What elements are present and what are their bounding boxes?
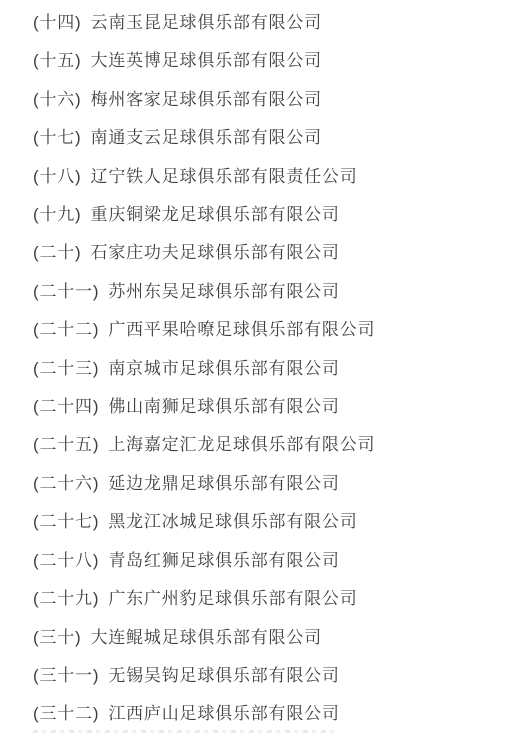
club-name: 南京城市足球俱乐部有限公司 [108, 350, 339, 388]
item-number-label: (十五) [33, 42, 82, 80]
item-number-label: (二十九) [33, 580, 99, 618]
item-number-label: (二十八) [33, 542, 99, 580]
club-name: 黑龙江冰城足球俱乐部有限公司 [108, 503, 357, 541]
item-number-label: (二十七) [33, 503, 99, 541]
item-number-label: (二十) [33, 234, 82, 272]
club-name: 青岛红狮足球俱乐部有限公司 [108, 542, 339, 580]
item-number-label: (二十五) [33, 426, 99, 464]
item-number-label: (二十一) [33, 273, 99, 311]
club-name: 苏州东吴足球俱乐部有限公司 [108, 273, 339, 311]
item-number-label: (十九) [33, 196, 82, 234]
list-item: (二十六)延边龙鼎足球俱乐部有限公司 [33, 465, 499, 503]
club-name: 广东广州豹足球俱乐部有限公司 [108, 580, 357, 618]
list-item: (二十九)广东广州豹足球俱乐部有限公司 [33, 580, 499, 618]
club-name: 辽宁铁人足球俱乐部有限责任公司 [91, 158, 358, 196]
club-name: 梅州客家足球俱乐部有限公司 [91, 81, 322, 119]
club-name: 无锡吴钩足球俱乐部有限公司 [108, 657, 339, 695]
item-number-label: (十八) [33, 158, 82, 196]
list-item: (二十)石家庄功夫足球俱乐部有限公司 [33, 234, 499, 272]
item-number-label: (二十三) [33, 350, 99, 388]
item-number-label: (二十六) [33, 465, 99, 503]
club-name: 延边龙鼎足球俱乐部有限公司 [108, 465, 339, 503]
item-number-label: (二十四) [33, 388, 99, 426]
list-item: (二十四)佛山南狮足球俱乐部有限公司 [33, 388, 499, 426]
item-number-label: (十六) [33, 81, 82, 119]
club-name: 重庆铜梁龙足球俱乐部有限公司 [91, 196, 340, 234]
list-item: (二十三)南京城市足球俱乐部有限公司 [33, 350, 499, 388]
club-name: 南通支云足球俱乐部有限公司 [91, 119, 322, 157]
document-page: (十四)云南玉昆足球俱乐部有限公司 (十五)大连英博足球俱乐部有限公司 (十六)… [0, 0, 509, 737]
club-name: 江西庐山足球俱乐部有限公司 [108, 695, 339, 733]
list-item: (三十)大连鲲城足球俱乐部有限公司 [33, 619, 499, 657]
list-item: (十六)梅州客家足球俱乐部有限公司 [33, 81, 499, 119]
list-item: (十八)辽宁铁人足球俱乐部有限责任公司 [33, 158, 499, 196]
football-club-list: (十四)云南玉昆足球俱乐部有限公司 (十五)大连英博足球俱乐部有限公司 (十六)… [0, 0, 509, 734]
list-item: (二十二)广西平果哈嘹足球俱乐部有限公司 [33, 311, 499, 349]
list-item: (十五)大连英博足球俱乐部有限公司 [33, 42, 499, 80]
clipped-next-line-artifact [33, 730, 335, 733]
item-number-label: (三十一) [33, 657, 99, 695]
list-item: (十七)南通支云足球俱乐部有限公司 [33, 119, 499, 157]
list-item: (二十七)黑龙江冰城足球俱乐部有限公司 [33, 503, 499, 541]
club-name: 石家庄功夫足球俱乐部有限公司 [91, 234, 340, 272]
item-number-label: (十四) [33, 4, 82, 42]
club-name: 大连鲲城足球俱乐部有限公司 [91, 619, 322, 657]
list-item: (二十一)苏州东吴足球俱乐部有限公司 [33, 273, 499, 311]
list-item: (三十二)江西庐山足球俱乐部有限公司 [33, 695, 499, 733]
list-item: (十九)重庆铜梁龙足球俱乐部有限公司 [33, 196, 499, 234]
list-item: (二十五)上海嘉定汇龙足球俱乐部有限公司 [33, 426, 499, 464]
item-number-label: (二十二) [33, 311, 99, 349]
club-name: 广西平果哈嘹足球俱乐部有限公司 [108, 311, 375, 349]
item-number-label: (十七) [33, 119, 82, 157]
club-name: 佛山南狮足球俱乐部有限公司 [108, 388, 339, 426]
club-name: 上海嘉定汇龙足球俱乐部有限公司 [108, 426, 375, 464]
club-name: 大连英博足球俱乐部有限公司 [91, 42, 322, 80]
list-item: (三十一)无锡吴钩足球俱乐部有限公司 [33, 657, 499, 695]
item-number-label: (三十) [33, 619, 82, 657]
list-item: (二十八)青岛红狮足球俱乐部有限公司 [33, 542, 499, 580]
club-name: 云南玉昆足球俱乐部有限公司 [91, 4, 322, 42]
list-item: (十四)云南玉昆足球俱乐部有限公司 [33, 4, 499, 42]
item-number-label: (三十二) [33, 695, 99, 733]
